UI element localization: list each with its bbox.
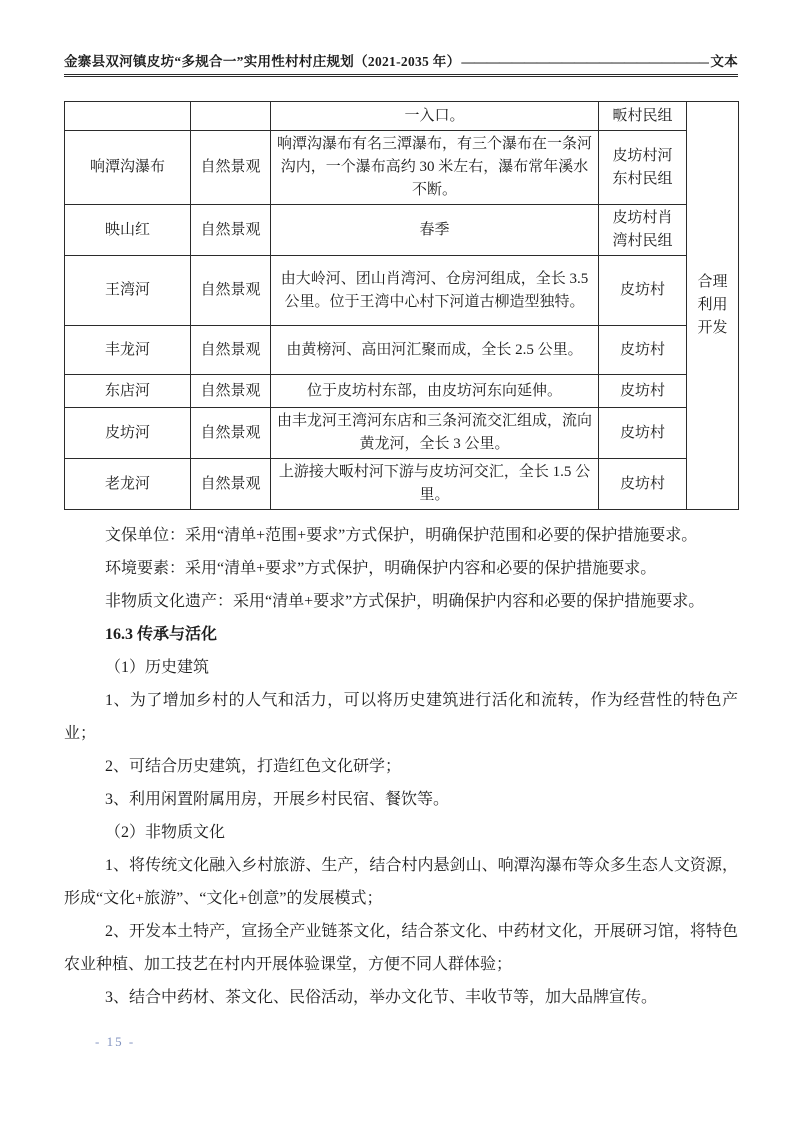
page-content: 金寨县双河镇皮坊“多规合一”实用性村村庄规划（2021-2035 年） ————… <box>64 50 738 1014</box>
document-page: 金寨县双河镇皮坊“多规合一”实用性村村庄规划（2021-2035 年） ————… <box>0 0 793 1122</box>
cell-group: 皮坊村 <box>599 256 687 326</box>
cell-type: 自然景观 <box>191 408 271 459</box>
cell-group: 皮坊村肖 湾村民组 <box>599 205 687 256</box>
cell-desc: 春季 <box>271 205 599 256</box>
table-row: 东店河 自然景观 位于皮坊村东部，由皮坊河东向延伸。 皮坊村 <box>65 375 739 408</box>
scenic-resources-table: 一入口。 畈村民组 合理 利用 开发 响潭沟瀑布 自然景观 响潭沟瀑布有名三潭瀑… <box>64 101 739 510</box>
cell-desc: 响潭沟瀑布有名三潭瀑布，有三个瀑布在一条河沟内，一个瀑布高约 30 米左右，瀑布… <box>271 131 599 205</box>
table-row: 老龙河 自然景观 上游接大畈村河下游与皮坊河交汇，全长 1.5 公里。 皮坊村 <box>65 459 739 510</box>
header-doc-type: 文本 <box>710 50 738 70</box>
cell-group: 皮坊村河 东村民组 <box>599 131 687 205</box>
paragraph: 3、结合中药材、茶文化、民俗活动，举办文化节、丰收节等，加大品牌宣传。 <box>64 981 738 1014</box>
table-row: 一入口。 畈村民组 合理 利用 开发 <box>65 102 739 131</box>
cell-desc: 由黄榜河、高田河汇聚而成，全长 2.5 公里。 <box>271 326 599 375</box>
paragraph: 1、为了增加乡村的人气和活力，可以将历史建筑进行活化和流转，作为经营性的特色产业… <box>64 684 738 750</box>
paragraph: 环境要素：采用“清单+要求”方式保护，明确保护内容和必要的保护措施要求。 <box>64 552 738 585</box>
cell-type <box>191 102 271 131</box>
cell-type: 自然景观 <box>191 256 271 326</box>
cell-name: 丰龙河 <box>65 326 191 375</box>
sub-heading: （2）非物质文化 <box>64 816 738 849</box>
cell-type: 自然景观 <box>191 326 271 375</box>
cell-name: 东店河 <box>65 375 191 408</box>
paragraph: 1、将传统文化融入乡村旅游、生产，结合村内悬剑山、响潭沟瀑布等众多生态人文资源，… <box>64 849 738 915</box>
cell-desc: 一入口。 <box>271 102 599 131</box>
cell-group: 皮坊村 <box>599 459 687 510</box>
cell-group: 畈村民组 <box>599 102 687 131</box>
section-heading: 16.3 传承与活化 <box>64 618 738 651</box>
cell-desc: 由大岭河、团山肖湾河、仓房河组成，全长 3.5 公里。位于王湾中心村下河道古柳造… <box>271 256 599 326</box>
page-number: - 15 - <box>95 1034 135 1050</box>
cell-type: 自然景观 <box>191 375 271 408</box>
cell-name: 映山红 <box>65 205 191 256</box>
table-row: 丰龙河 自然景观 由黄榜河、高田河汇聚而成，全长 2.5 公里。 皮坊村 <box>65 326 739 375</box>
page-header: 金寨县双河镇皮坊“多规合一”实用性村村庄规划（2021-2035 年） ————… <box>64 50 738 77</box>
paragraph: 3、利用闲置附属用房，开展乡村民宿、餐饮等。 <box>64 783 738 816</box>
cell-group: 皮坊村 <box>599 326 687 375</box>
body-text: 文保单位：采用“清单+范围+要求”方式保护，明确保护范围和必要的保护措施要求。 … <box>64 519 738 1014</box>
cell-name <box>65 102 191 131</box>
header-dash-line: ———————————————————————————————— <box>461 54 709 70</box>
table-row: 皮坊河 自然景观 由丰龙河王湾河东店和三条河流交汇组成，流向黄龙河，全长 3 公… <box>65 408 739 459</box>
table-row: 映山红 自然景观 春季 皮坊村肖 湾村民组 <box>65 205 739 256</box>
cell-type: 自然景观 <box>191 131 271 205</box>
table-row: 王湾河 自然景观 由大岭河、团山肖湾河、仓房河组成，全长 3.5 公里。位于王湾… <box>65 256 739 326</box>
cell-merged-note: 合理 利用 开发 <box>687 102 739 510</box>
cell-group: 皮坊村 <box>599 408 687 459</box>
cell-group: 皮坊村 <box>599 375 687 408</box>
paragraph: 2、开发本土特产，宣扬全产业链茶文化，结合茶文化、中药材文化，开展研习馆，将特色… <box>64 915 738 981</box>
paragraph: 文保单位：采用“清单+范围+要求”方式保护，明确保护范围和必要的保护措施要求。 <box>64 519 738 552</box>
paragraph: 非物质文化遗产：采用“清单+要求”方式保护，明确保护内容和必要的保护措施要求。 <box>64 585 738 618</box>
cell-desc: 上游接大畈村河下游与皮坊河交汇，全长 1.5 公里。 <box>271 459 599 510</box>
table-row: 响潭沟瀑布 自然景观 响潭沟瀑布有名三潭瀑布，有三个瀑布在一条河沟内，一个瀑布高… <box>65 131 739 205</box>
cell-type: 自然景观 <box>191 205 271 256</box>
cell-desc: 位于皮坊村东部，由皮坊河东向延伸。 <box>271 375 599 408</box>
paragraph: 2、可结合历史建筑，打造红色文化研学； <box>64 750 738 783</box>
cell-desc: 由丰龙河王湾河东店和三条河流交汇组成，流向黄龙河，全长 3 公里。 <box>271 408 599 459</box>
header-title: 金寨县双河镇皮坊“多规合一”实用性村村庄规划（2021-2035 年） <box>64 50 460 70</box>
cell-name: 皮坊河 <box>65 408 191 459</box>
cell-name: 响潭沟瀑布 <box>65 131 191 205</box>
cell-name: 王湾河 <box>65 256 191 326</box>
sub-heading: （1）历史建筑 <box>64 651 738 684</box>
cell-type: 自然景观 <box>191 459 271 510</box>
cell-name: 老龙河 <box>65 459 191 510</box>
